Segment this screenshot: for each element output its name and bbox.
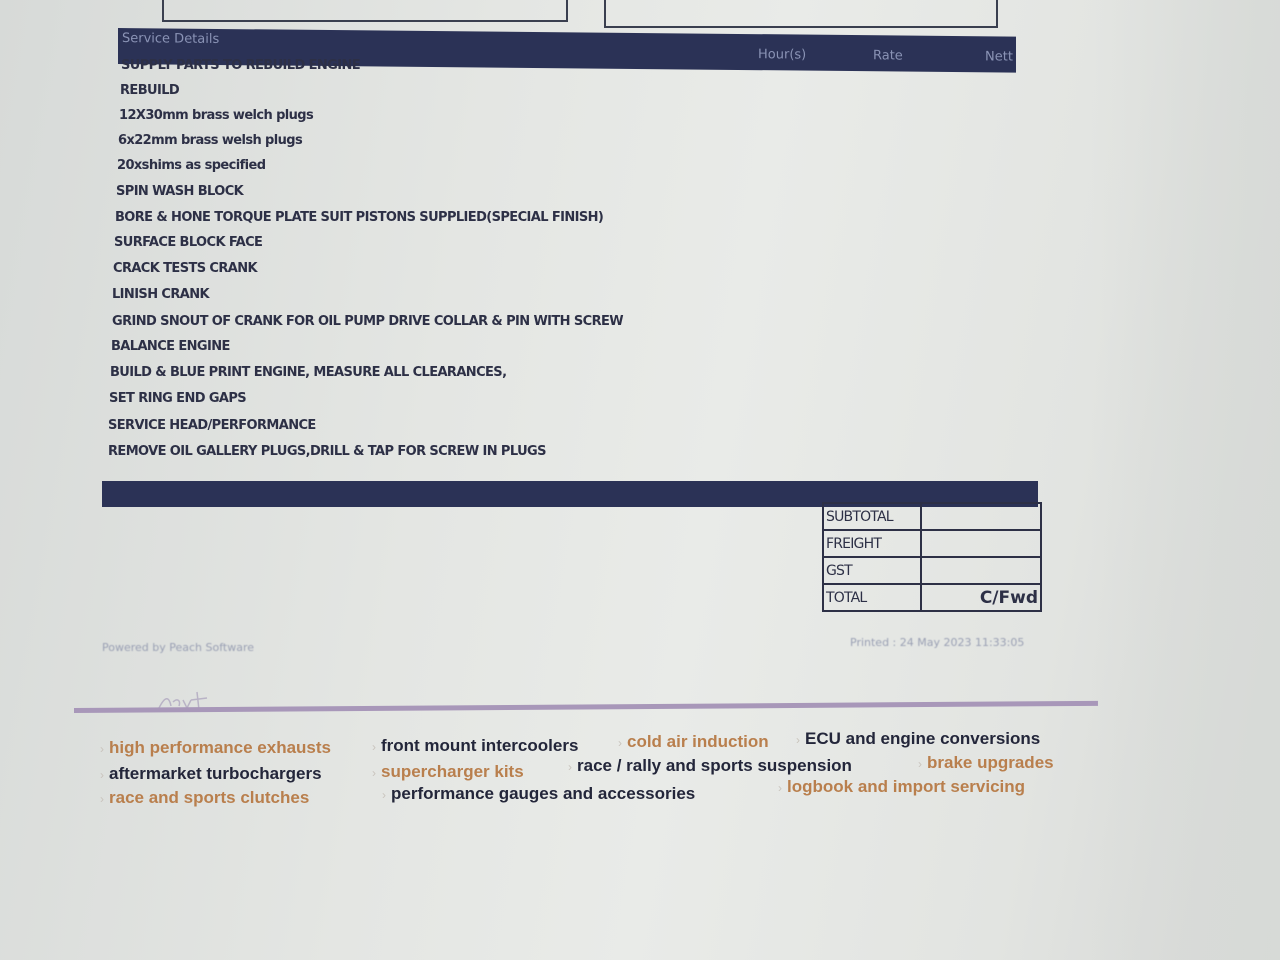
service-line: 20xshims as specified [117,158,265,173]
totals-label: TOTAL [823,584,921,611]
arrow-icon: › [100,742,104,756]
service-line: BALANCE ENGINE [111,339,230,354]
totals-row-total: TOTAL C/Fwd [823,584,1041,611]
totals-value [921,557,1041,584]
service-line: REBUILD [120,83,179,98]
arrow-icon: › [568,760,572,774]
powered-by-text: Powered by Peach Software [102,641,254,654]
totals-row-gst: GST [823,557,1041,584]
service-tag: ›high performance exhausts [100,738,331,758]
service-line: 12X30mm brass welch plugs [119,108,313,123]
arrow-icon: › [372,766,376,780]
totals-row-subtotal: SUBTOTAL [823,503,1041,530]
service-tag: ›front mount intercoolers [372,736,578,756]
paper-shadow [1090,0,1280,960]
service-tag: ›aftermarket turbochargers [100,764,322,784]
column-hours: Hour(s) [758,47,806,62]
arrow-icon: › [372,740,376,754]
arrow-icon: › [100,768,104,782]
service-line: 6x22mm brass welsh plugs [118,133,302,148]
service-line: SURFACE BLOCK FACE [114,235,262,250]
service-line: SET RING END GAPS [109,391,246,406]
service-tag: ›ECU and engine conversions [796,729,1040,749]
totals-value [921,503,1041,530]
service-line: REMOVE OIL GALLERY PLUGS,DRILL & TAP FOR… [108,444,546,459]
service-tag: ›race and sports clutches [100,788,309,808]
arrow-icon: › [918,757,922,771]
service-tag: ›cold air induction [618,732,769,752]
arrow-icon: › [796,733,800,747]
service-line: SUPPLY PARTS TO REBUILD ENGINE [121,58,360,73]
service-line: SERVICE HEAD/PERFORMANCE [108,418,316,433]
arrow-icon: › [382,788,386,802]
arrow-icon: › [778,781,782,795]
service-tag: ›performance gauges and accessories [382,784,695,804]
totals-label: GST [823,557,921,584]
totals-row-freight: FREIGHT [823,530,1041,557]
arrow-icon: › [618,736,622,750]
column-rate: Rate [873,48,903,63]
service-tag: ›brake upgrades [918,753,1054,773]
totals-value: C/Fwd [921,584,1041,611]
service-line: BUILD & BLUE PRINT ENGINE, MEASURE ALL C… [110,365,506,380]
section-title: Service Details [122,31,219,47]
service-line: SPIN WASH BLOCK [116,184,243,199]
service-line: CRACK TESTS CRANK [113,261,257,276]
printed-timestamp: Printed : 24 May 2023 11:33:05 [850,636,1024,649]
service-line: LINISH CRANK [112,287,209,302]
service-line: GRIND SNOUT OF CRANK FOR OIL PUMP DRIVE … [112,314,623,329]
arrow-icon: › [100,792,104,806]
totals-label: FREIGHT [823,530,921,557]
totals-table: SUBTOTAL FREIGHT GST TOTAL C/Fwd [822,502,1042,612]
service-tag: ›race / rally and sports suspension [568,756,852,776]
service-line: BORE & HONE TORQUE PLATE SUIT PISTONS SU… [115,210,603,225]
totals-label: SUBTOTAL [823,503,921,530]
customer-address-box [162,0,568,22]
column-nett: Nett [985,49,1013,64]
delivery-address-box [604,0,998,28]
totals-value [921,530,1041,557]
service-tag: ›supercharger kits [372,762,524,782]
service-tag: ›logbook and import servicing [778,777,1025,797]
